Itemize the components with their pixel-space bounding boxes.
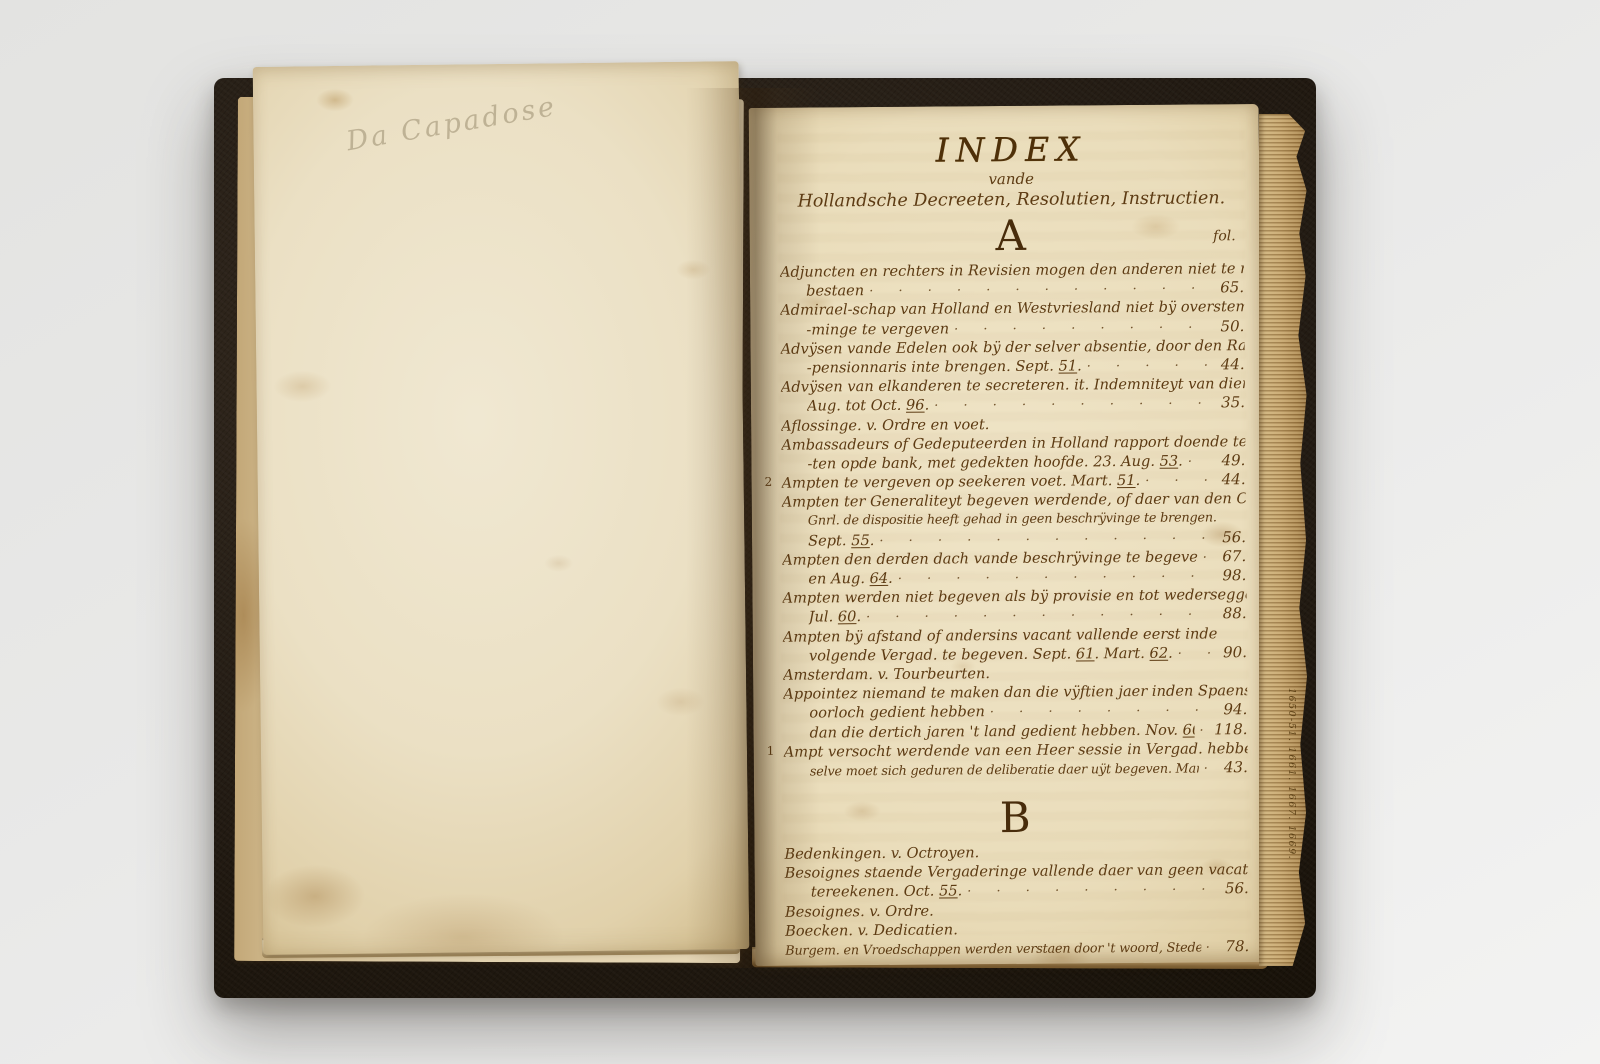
folio-number: 98. [1216,566,1246,585]
index-title: INDEX [779,128,1243,172]
dot-leader [1087,355,1210,375]
dot-leader [934,394,1210,415]
index-entry: Advÿsen vande Edelen ook bÿ der selver a… [780,336,1244,378]
entry-text: selve moet sich geduren de deliberatie d… [810,759,1199,781]
entry-text: en Aug. 64. [808,569,893,589]
folio-number: 118. [1214,720,1248,739]
index-entry: Advÿsen van elkanderen te secreteren. it… [781,374,1245,416]
folio-number: 56. [1216,528,1246,547]
margin-number: 2 [765,475,773,489]
index-entry: Besoignes staende Vergaderinge vallende … [785,860,1249,902]
folio-number: 94. [1217,700,1247,719]
entry-text: Aflossinge. v. Ordre en voet. [781,415,989,436]
entry-text: tereekenen. Oct. 55. [811,882,963,902]
folio-number: 44. [1215,470,1245,489]
owner-inscription: Da Capadose [344,91,559,157]
entry-text: Besoignes. v. Ordre. [785,901,934,921]
entry-text: Boecken. v. Dedicatien. [785,920,958,941]
dot-leader [1178,643,1212,662]
dot-leader [879,528,1211,550]
entry-text: -pensionnaris inte brengen. Sept. 51. [807,356,1082,377]
index-entry: Ampten ter Generaliteyt begeven werdende… [782,489,1246,550]
entry-line: Burgem. en Vroedschappen werden verstaen… [785,937,1249,960]
folio-number: 43. [1218,758,1248,777]
entry-text: Ampt versocht werdende van een Heer sess… [784,739,1248,762]
folio-number: 44. [1215,355,1245,374]
entry-text: -minge te vergeven [806,319,949,339]
dot-leader [1203,547,1212,566]
fore-edge-page-stack [1259,114,1307,966]
index-entry: Ampten werden niet begeven als bÿ provis… [782,585,1246,627]
entry-text: bestaen [806,281,864,301]
margin-number: 1 [767,744,775,758]
section-letter: A [995,211,1028,260]
entry-text: Aug. tot Oct. 96. [807,396,929,416]
dot-leader [869,279,1209,301]
folio-number: 88. [1217,604,1247,623]
section-letter-row: B [784,791,1248,845]
fore-edge-year-annotation: 1650-51. 1661. 1667. 1669. [1286,688,1297,860]
index-entry: Burgem. en Vroedschappen werden verstaen… [785,937,1249,960]
entry-line: selve moet sich geduren de deliberatie d… [784,758,1248,781]
folio-number: 90. [1217,643,1247,662]
entry-text: Burgem. en Vroedschappen werden verstaen… [785,938,1201,960]
section-letter-row: Afol. [779,211,1243,263]
entry-text: oorloch gedient hebben [809,702,985,723]
entry-text: Sept. 55. [808,531,874,551]
index-entry: Ampten den derden dach vande beschrÿving… [782,547,1246,589]
folio-number: 50. [1214,317,1244,336]
right-index-page: INDEX vande Hollandsche Decreeten, Resol… [749,104,1266,966]
section-letter: B [1000,793,1033,842]
index-section-b: BBedenkingen. v. Octroyen.Besoignes stae… [784,791,1249,960]
folio-number: 35. [1215,393,1245,412]
dot-leader [898,566,1212,588]
index-entry: Ambassadeurs of Gedeputeerden in Holland… [781,432,1245,474]
dot-leader [1206,937,1215,956]
index-entry: 1Ampt versocht werdende van een Heer ses… [784,739,1248,781]
dot-leader [954,317,1209,338]
index-entry: Admirael-schap van Holland en Westvriesl… [780,298,1244,340]
entry-line: Ampt versocht werdende van een Heer sess… [784,739,1248,762]
entry-line: oorloch gedient hebben94. [783,700,1247,723]
folio-number: 67. [1216,547,1246,566]
index-sections: Afol.Adjuncten en rechters in Revisien m… [779,211,1249,960]
dot-leader [1145,470,1211,490]
folio-number: 56. [1219,880,1249,899]
left-blank-page: Da Capadose [253,61,750,955]
index-entry: Ampten bÿ afstand of andersins vacant va… [783,624,1247,666]
folio-column-label: fol. [1213,213,1236,259]
dot-leader [1188,451,1211,470]
index-content: INDEX vande Hollandsche Decreeten, Resol… [749,104,1266,966]
folio-number: 49. [1215,451,1245,470]
index-section-a: Afol.Adjuncten en rechters in Revisien m… [779,211,1247,781]
folio-number: 65. [1214,278,1244,297]
entry-text: Amsterdam. v. Tourbeurten. [783,664,990,685]
dot-leader [967,880,1214,901]
dot-leader [1204,758,1213,777]
entry-text: Jul. 60. [809,608,862,628]
index-entry: Appointez niemand te maken dan die vÿfti… [783,681,1247,742]
index-entry: Adjuncten en rechters in Revisien mogen … [780,259,1244,301]
dot-leader [990,701,1213,722]
dot-leader [1199,720,1209,739]
folio-number: 78. [1219,937,1249,956]
entry-text: Bedenkingen. v. Octroyen. [784,843,979,864]
